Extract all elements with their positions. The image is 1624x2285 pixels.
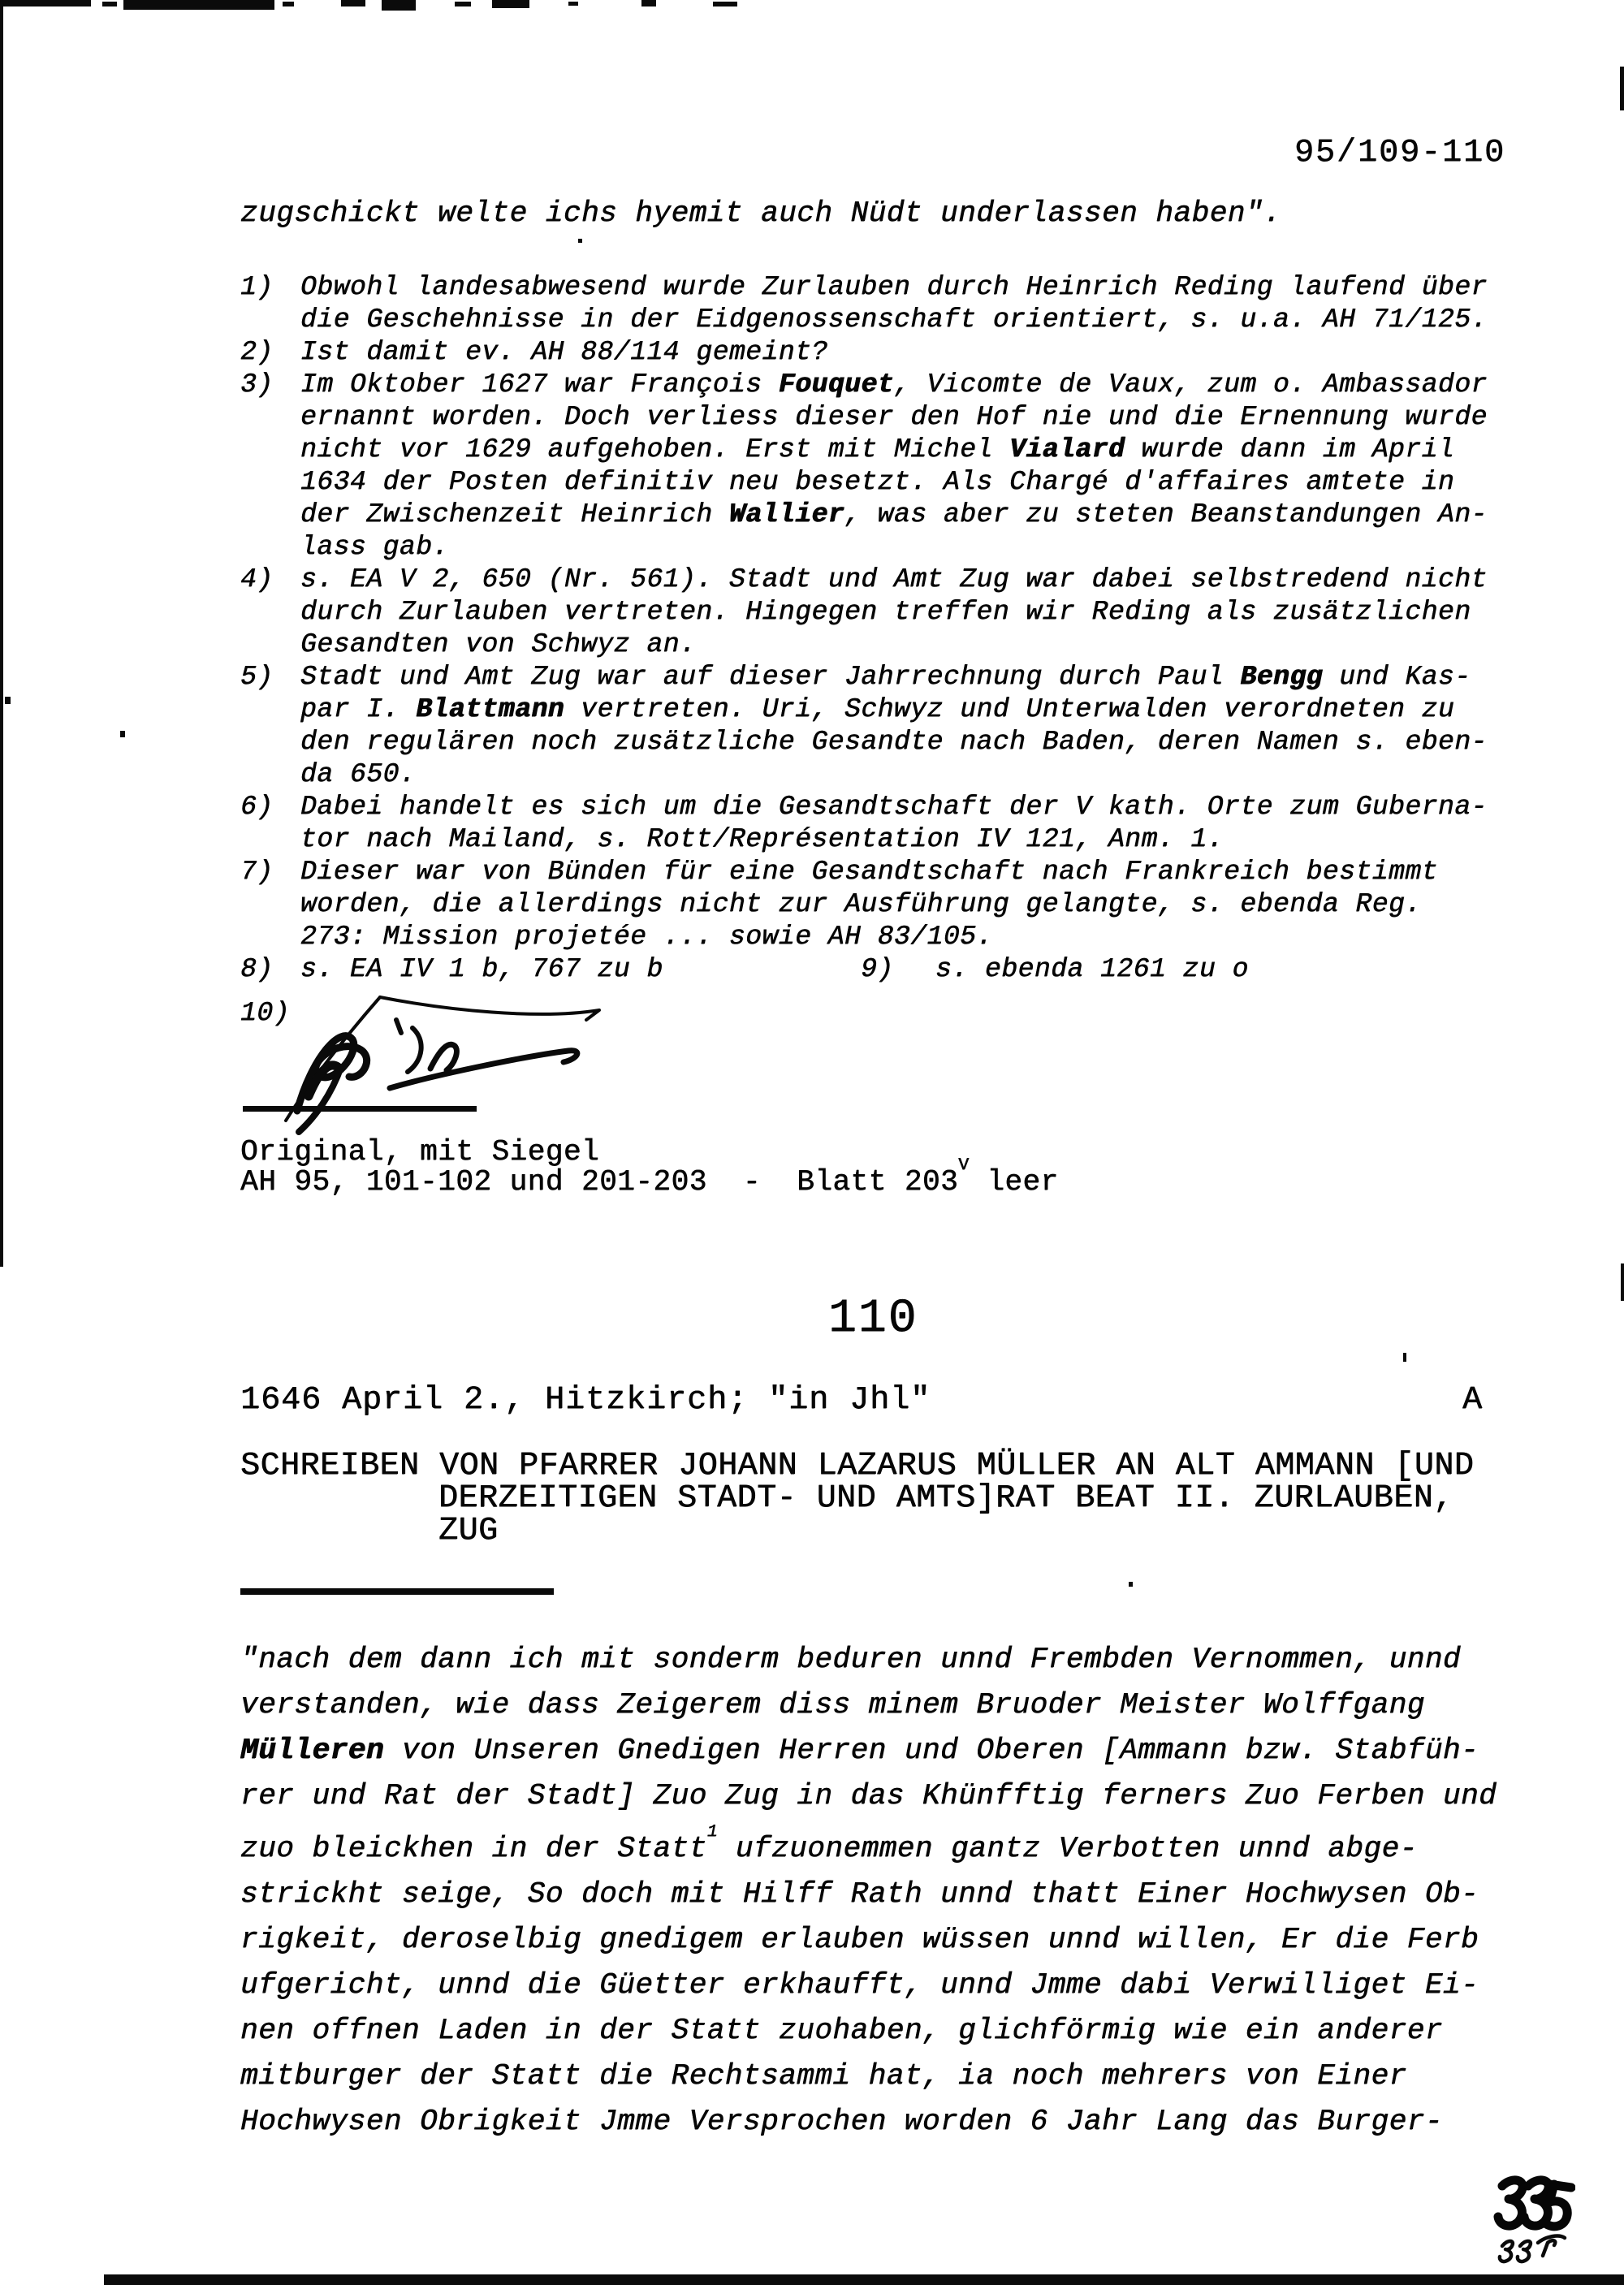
footnote-text: Stadt und Amt Zug war auf dieser Jahrrec… — [300, 661, 1556, 791]
footnote: 2) Ist damit ev. AH 88/114 gemeint? — [240, 336, 1556, 369]
scan-edge-top-dash — [341, 0, 365, 6]
footnote-line: 273: Mission projetée ... sowie AH 83/10… — [300, 921, 1556, 953]
handwritten-folio-number-icon — [1492, 2173, 1575, 2238]
footnote-marker: 2) — [240, 336, 300, 369]
divider-rule — [243, 1106, 477, 1112]
scan-edge-left-line — [0, 5, 3, 1267]
footnote-text: s. ebenda 1261 zu o — [935, 953, 1249, 986]
footnote-marker: 5) — [240, 661, 300, 693]
footnote-marker: 9) — [861, 953, 935, 986]
letter-quote-line: verstanden, wie dass Zeigerem diss minem… — [240, 1682, 1497, 1728]
footnote-line: Ist damit ev. AH 88/114 gemeint? — [300, 336, 1556, 369]
copy-letter: A — [1462, 1382, 1483, 1419]
footnote-line: Gesandten von Schwyz an. — [300, 628, 1556, 661]
footnote-list: 1) Obwohl landesabwesend wurde Zurlauben… — [240, 271, 1556, 1030]
scan-edge-top-dash — [492, 0, 529, 8]
entry-date: 1646 April 2., Hitzkirch; "in Jhl" — [240, 1382, 931, 1419]
letter-quote-line: "nach dem dann ich mit sonderm beduren u… — [240, 1637, 1497, 1682]
scan-edge-top-dash — [0, 0, 91, 6]
entry-date-row: 1646 April 2., Hitzkirch; "in Jhl" A — [240, 1382, 1483, 1419]
footnote-line: 1634 der Posten definitiv neu besetzt. A… — [300, 466, 1556, 499]
letter-quote-line: mitburger der Statt die Rechtsammi hat, … — [240, 2054, 1497, 2099]
signature-scribble-icon — [237, 989, 619, 1143]
provenance-line: Original, mit Siegel — [240, 1135, 599, 1168]
footnote-text: s. EA V 2, 650 (Nr. 561). Stadt und Amt … — [300, 564, 1556, 661]
footnote-line: die Geschehnisse in der Eidgenossenschaf… — [300, 304, 1556, 336]
entry-title: SCHREIBEN VON PFARRER JOHANN LAZARUS MÜL… — [240, 1450, 1474, 1548]
scan-edge-top-dash — [283, 2, 294, 6]
footnote-marker: 6) — [240, 791, 300, 823]
letter-quote-line: nen offnen Laden in der Statt zuohaben, … — [240, 2008, 1497, 2054]
footnote-line: Dabei handelt es sich um die Gesandtscha… — [300, 791, 1556, 823]
footnote-line: den regulären noch zusätzliche Gesandte … — [300, 726, 1556, 758]
footnote-line: par I. Blattmann vertreten. Uri, Schwyz … — [300, 693, 1556, 726]
letter-quote-line: zuo bleickhen in der Statt1 ufzuonemmen … — [240, 1819, 1497, 1872]
handwritten-folio-number-small-icon — [1497, 2231, 1567, 2269]
scan-edge-top-dash — [568, 2, 578, 6]
letter-quote-line: strickht seige, So doch mit Hilff Rath u… — [240, 1872, 1497, 1917]
footnote-marker: 8) — [240, 953, 300, 986]
footnote: 7) Dieser war von Bünden für eine Gesand… — [240, 856, 1556, 953]
footnote-line: Im Oktober 1627 war François Fouquet, Vi… — [300, 369, 1556, 401]
scan-edge-bottom-bar — [104, 2274, 1624, 2285]
scan-edge-top-dash — [382, 0, 416, 11]
footnote-marker: 4) — [240, 564, 300, 596]
footnote: 4) s. EA V 2, 650 (Nr. 561). Stadt und A… — [240, 564, 1556, 661]
footnote-text: Dieser war von Bünden für eine Gesandtsc… — [300, 856, 1556, 953]
letter-quote-line: ufgericht, unnd die Güetter erkhaufft, u… — [240, 1963, 1497, 2008]
letter-quote-line: Hochwysen Obrigkeit Jmme Versprochen wor… — [240, 2099, 1497, 2145]
footnote: 9) s. ebenda 1261 zu o — [861, 953, 1249, 986]
scan-edge-top-dash — [123, 0, 274, 10]
scan-edge-top-dash — [102, 2, 117, 6]
entry-title-line: ZUG — [438, 1515, 1474, 1548]
scan-edge-top-dash — [455, 2, 471, 6]
footnote-marker: 7) — [240, 856, 300, 888]
footnote-text: Ist damit ev. AH 88/114 gemeint? — [300, 336, 1556, 369]
archive-reference-line: AH 95, 101-102 und 201-203 - Blatt 203V … — [240, 1165, 1059, 1199]
footnote-marker: 3) — [240, 369, 300, 401]
footnote: 1) Obwohl landesabwesend wurde Zurlauben… — [240, 271, 1556, 336]
scan-edge-top-dash — [641, 0, 656, 6]
entry-title-line: DERZEITIGEN STADT- UND AMTS]RAT BEAT II.… — [438, 1483, 1474, 1515]
letter-quote-line: rer und Rat der Stadt] Zuo Zug in das Kh… — [240, 1773, 1497, 1819]
footnote-line: ernannt worden. Doch verliess dieser den… — [300, 401, 1556, 434]
scan-edge-top-dash — [713, 2, 737, 6]
letter-quote-line: Mülleren von Unseren Gnedigen Herren und… — [240, 1728, 1497, 1773]
footnote-line: der Zwischenzeit Heinrich Wallier, was a… — [300, 499, 1556, 531]
footnote: 5) Stadt und Amt Zug war auf dieser Jahr… — [240, 661, 1556, 791]
scan-edge-right-mark — [1621, 1263, 1624, 1301]
footnote-line: Obwohl landesabwesend wurde Zurlauben du… — [300, 271, 1556, 304]
entry-title-line: SCHREIBEN VON PFARRER JOHANN LAZARUS MÜL… — [240, 1450, 1474, 1483]
footnote: 6) Dabei handelt es sich um die Gesandts… — [240, 791, 1556, 856]
scan-speck — [578, 239, 582, 243]
footnote-line: tor nach Mailand, s. Rott/Représentation… — [300, 823, 1556, 856]
footnote-line: s. EA V 2, 650 (Nr. 561). Stadt und Amt … — [300, 564, 1556, 596]
footnote-text: Im Oktober 1627 war François Fouquet, Vi… — [300, 369, 1556, 564]
footnote-marker: 1) — [240, 271, 300, 304]
footnote-line: worden, die allerdings nicht zur Ausführ… — [300, 888, 1556, 921]
scan-speck — [120, 731, 125, 737]
scan-speck — [5, 697, 11, 704]
scanned-document-page: 95/109-110 zugschickt welte ichs hyemit … — [0, 0, 1624, 2285]
footnote-line: durch Zurlauben vertreten. Hingegen tref… — [300, 596, 1556, 628]
footnote-line: da 650. — [300, 758, 1556, 791]
entry-number: 110 — [828, 1293, 918, 1346]
footnote-text: Obwohl landesabwesend wurde Zurlauben du… — [300, 271, 1556, 336]
footnote-line: s. ebenda 1261 zu o — [935, 953, 1249, 986]
footnote-line: nicht vor 1629 aufgehoben. Erst mit Mich… — [300, 434, 1556, 466]
letter-quote: "nach dem dann ich mit sonderm beduren u… — [240, 1637, 1497, 2145]
scan-speck — [1129, 1582, 1133, 1587]
footnote-line: Stadt und Amt Zug war auf dieser Jahrrec… — [300, 661, 1556, 693]
footnote-line: lass gab. — [300, 531, 1556, 564]
divider-rule — [240, 1588, 554, 1595]
footnote-text: Dabei handelt es sich um die Gesandtscha… — [300, 791, 1556, 856]
letter-quote-line: rigkeit, deroselbig gnedigem erlauben wü… — [240, 1917, 1497, 1963]
scan-edge-right-mark — [1620, 67, 1624, 110]
footnote: 3) Im Oktober 1627 war François Fouquet,… — [240, 369, 1556, 564]
quote-closing-line: zugschickt welte ichs hyemit auch Nüdt u… — [240, 197, 1281, 230]
scan-speck — [1403, 1353, 1406, 1362]
footnote-line: Dieser war von Bünden für eine Gesandtsc… — [300, 856, 1556, 888]
archive-page-number: 95/109-110 — [1294, 135, 1505, 171]
